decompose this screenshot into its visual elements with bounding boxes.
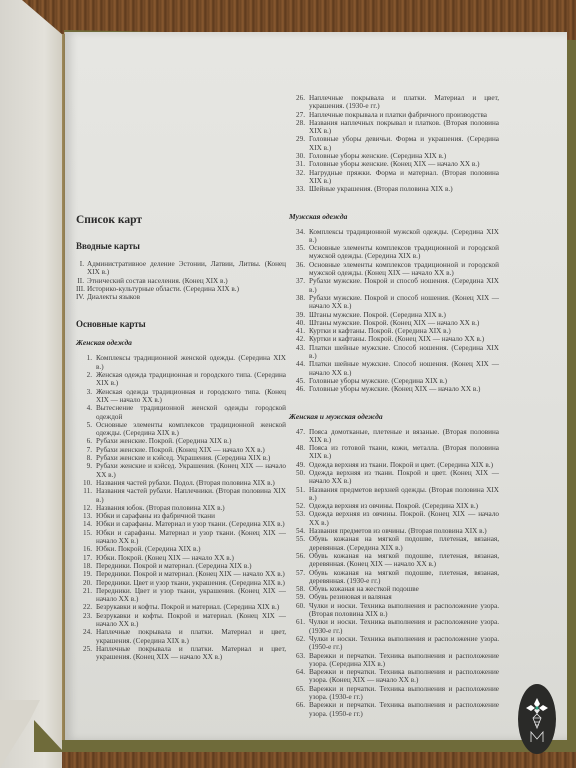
map-list-item: 58.Обувь кожаная на жесткой подошве: [289, 585, 499, 593]
item-title: Чулки и носки. Техника выполнения и расп…: [309, 635, 499, 652]
both-list: 47.Пояса домотканые, плетеные и вязаные.…: [289, 428, 499, 718]
item-number: 3.: [76, 388, 96, 405]
item-title: Головные уборы мужские. (Середина XIX в.…: [309, 377, 499, 385]
map-list-item: 59.Обувь резиновая и валяная: [289, 593, 499, 601]
map-list-item: 34.Комплексы традиционной мужской одежды…: [289, 228, 499, 245]
item-title: Рубахи женские и кэйсед. Украшения. (Сер…: [96, 454, 286, 462]
item-number: 15.: [76, 529, 96, 546]
map-list-item: 42.Куртки и кафтаны. Покрой. (Конец XIX …: [289, 335, 499, 343]
item-number: 52.: [289, 502, 309, 510]
item-number: 8.: [76, 454, 96, 462]
map-list-item: 16.Юбки. Покрой. (Середина XIX в.): [76, 545, 286, 553]
map-list-item: 36.Основные элементы комплексов традицио…: [289, 261, 499, 278]
map-list-item: 50.Одежда верхняя из ткани. Покрой и цве…: [289, 469, 499, 486]
item-number: 11.: [76, 487, 96, 504]
item-title: Юбки. Покрой. (Середина XIX в.): [96, 545, 286, 553]
map-list-item: 11.Названия частей рубахи. Наплечники. (…: [76, 487, 286, 504]
map-list-item: 65.Варежки и перчатки. Техника выполнени…: [289, 685, 499, 702]
item-number: 22.: [76, 603, 96, 611]
map-list-item: 3.Женская одежда традиционная и городско…: [76, 388, 286, 405]
item-title: Обувь резиновая и валяная: [309, 593, 499, 601]
item-title: Женская одежда традиционная и городского…: [96, 371, 286, 388]
item-number: II.: [76, 277, 87, 285]
left-column: Список карт Вводные карты I.Администрати…: [76, 214, 286, 661]
map-list-item: 45.Головные уборы мужские. (Середина XIX…: [289, 377, 499, 385]
item-title: Чулки и носки. Техника выполнения и расп…: [309, 602, 499, 619]
item-number: 31.: [289, 160, 309, 168]
item-title: Одежда верхняя из ткани. Покрой и цвет. …: [309, 461, 499, 469]
item-number: 51.: [289, 486, 309, 503]
map-list-item: 63.Варежки и перчатки. Техника выполнени…: [289, 652, 499, 669]
item-title: Чулки и носки. Техника выполнения и расп…: [309, 618, 499, 635]
item-title: Варежки и перчатки. Техника выполнения и…: [309, 685, 499, 702]
book-gutter: [62, 34, 65, 740]
map-list-item: 52.Одежда верхняя из овчины. Покрой. (Се…: [289, 502, 499, 510]
item-number: 39.: [289, 311, 309, 319]
item-number: 10.: [76, 479, 96, 487]
item-title: Наплечные покрывала и платки. Материал и…: [309, 94, 499, 111]
item-title: Основные элементы комплексов традиционно…: [96, 421, 286, 438]
item-number: 65.: [289, 685, 309, 702]
introductory-heading: Вводные карты: [76, 241, 286, 252]
item-number: 18.: [76, 562, 96, 570]
map-list-item: 64.Варежки и перчатки. Техника выполнени…: [289, 668, 499, 685]
map-list-item: 53.Одежда верхняя из овчины. Покрой. (Ко…: [289, 510, 499, 527]
item-number: 55.: [289, 535, 309, 552]
item-number: 37.: [289, 277, 309, 294]
map-list-item: 61.Чулки и носки. Техника выполнения и р…: [289, 618, 499, 635]
item-title: Пояса из готовой ткани, кожи, металла. (…: [309, 444, 499, 461]
map-list-item: 46.Головные уборы мужские. (Конец XIX — …: [289, 385, 499, 393]
item-title: Безрукавки и кофты. Покрой и материал. (…: [96, 612, 286, 629]
men-heading: Мужская одежда: [289, 212, 499, 221]
item-number: 48.: [289, 444, 309, 461]
item-number: 47.: [289, 428, 309, 445]
item-number: 66.: [289, 701, 309, 718]
item-number: 54.: [289, 527, 309, 535]
item-title: Основные элементы комплексов традиционно…: [309, 244, 499, 261]
item-title: Комплексы традиционной мужской одежды. (…: [309, 228, 499, 245]
item-number: 20.: [76, 579, 96, 587]
map-list-item: 43.Платки шейные мужские. Способ ношения…: [289, 344, 499, 361]
item-title: Обувь кожаная на мягкой подошве, плетена…: [309, 535, 499, 552]
item-title: Нагрудные пряжки. Форма и материал. (Вто…: [309, 169, 499, 186]
watermark-logo: [518, 684, 556, 754]
map-list-item: 22.Безрукавки и кофты. Покрой и материал…: [76, 603, 286, 611]
map-list-item: 33.Шейные украшения. (Вторая половина XI…: [289, 185, 499, 193]
men-list: 34.Комплексы традиционной мужской одежды…: [289, 228, 499, 394]
item-title: Штаны мужские. Покрой. (Середина XIX в.): [309, 311, 499, 319]
item-title: Юбки и сарафаны. Материал и узор ткани. …: [96, 529, 286, 546]
item-number: 57.: [289, 569, 309, 586]
item-title: Варежки и перчатки. Техника выполнения и…: [309, 652, 499, 669]
item-title: Наплечные покрывала и платки. Материал и…: [96, 645, 286, 662]
item-title: Названия предметов из овчины. (Вторая по…: [309, 527, 499, 535]
item-title: Штаны мужские. Покрой. (Конец XIX — нача…: [309, 319, 499, 327]
item-title: Административное деление Эстонии, Латвии…: [87, 260, 286, 277]
item-number: 5.: [76, 421, 96, 438]
item-title: Вытеснение традиционной женской одежды г…: [96, 404, 286, 421]
item-number: 45.: [289, 377, 309, 385]
item-number: 50.: [289, 469, 309, 486]
map-list-item: 9.Рубахи женские и кэйсед. Украшения. (К…: [76, 462, 286, 479]
item-title: Названия частей рубахи. Подол. (Вторая п…: [96, 479, 286, 487]
item-title: Пояса домотканые, плетеные и вязаные. (В…: [309, 428, 499, 445]
women-list: 1.Комплексы традиционной женской одежды.…: [76, 354, 286, 661]
map-list-item: 1.Комплексы традиционной женской одежды.…: [76, 354, 286, 371]
map-list-item: 47.Пояса домотканые, плетеные и вязаные.…: [289, 428, 499, 445]
item-number: 28.: [289, 119, 309, 136]
item-number: I.: [76, 260, 87, 277]
item-title: Историко-культурные области. (Середина X…: [87, 285, 286, 293]
item-title: Платки шейные мужские. Способ ношения. (…: [309, 344, 499, 361]
item-title: Названия юбок. (Вторая половина XIX в.): [96, 504, 286, 512]
item-number: 17.: [76, 554, 96, 562]
map-list-item: III.Историко-культурные области. (Середи…: [76, 285, 286, 293]
page-title: Список карт: [76, 214, 286, 227]
map-list-item: 29.Головные уборы девичьи. Форма и украш…: [289, 135, 499, 152]
map-list-item: 2.Женская одежда традиционная и городско…: [76, 371, 286, 388]
map-list-item: 48.Пояса из готовой ткани, кожи, металла…: [289, 444, 499, 461]
item-title: Передники. Покрой и материал. (Середина …: [96, 562, 286, 570]
item-number: 16.: [76, 545, 96, 553]
item-title: Этнический состав населения. (Конец XIX …: [87, 277, 286, 285]
item-number: 41.: [289, 327, 309, 335]
item-number: 7.: [76, 446, 96, 454]
item-title: Безрукавки и кофты. Покрой и материал. (…: [96, 603, 286, 611]
item-number: 64.: [289, 668, 309, 685]
item-title: Названия предметов верхней одежды. (Втор…: [309, 486, 499, 503]
map-list-item: 54.Названия предметов из овчины. (Вторая…: [289, 527, 499, 535]
item-title: Рубахи женские. Покрой. (Конец XIX — нач…: [96, 446, 286, 454]
item-title: Обувь кожаная на жесткой подошве: [309, 585, 499, 593]
map-list-item: 35.Основные элементы комплексов традицио…: [289, 244, 499, 261]
item-title: Передники. Цвет и узор ткани, украшения.…: [96, 587, 286, 604]
item-title: Названия наплечных покрывал и платков. (…: [309, 119, 499, 136]
main-maps-heading: Основные карты: [76, 319, 286, 330]
map-list-item: IV.Диалекты языков: [76, 293, 286, 301]
item-title: Головные уборы женские. (Середина XIX в.…: [309, 152, 499, 160]
item-title: Наплечные покрывала и платки. Материал и…: [96, 628, 286, 645]
item-title: Передники. Цвет и узор ткани, украшения.…: [96, 579, 286, 587]
item-title: Женская одежда традиционная и городского…: [96, 388, 286, 405]
map-list-item: 18.Передники. Покрой и материал. (Середи…: [76, 562, 286, 570]
item-title: Юбки. Покрой. (Конец XIX — начало XX в.): [96, 554, 286, 562]
map-list-item: 55.Обувь кожаная на мягкой подошве, плет…: [289, 535, 499, 552]
item-number: 35.: [289, 244, 309, 261]
item-title: Головные уборы девичьи. Форма и украшени…: [309, 135, 499, 152]
map-list-item: 44.Платки шейные мужские. Способ ношения…: [289, 360, 499, 377]
map-list-item: 23.Безрукавки и кофты. Покрой и материал…: [76, 612, 286, 629]
right-column: 26.Наплечные покрывала и платки. Материа…: [289, 94, 499, 718]
item-number: 2.: [76, 371, 96, 388]
map-list-item: 7.Рубахи женские. Покрой. (Конец XIX — н…: [76, 446, 286, 454]
item-title: Рубахи мужские. Покрой и способ ношения.…: [309, 277, 499, 294]
map-list-item: 66.Варежки и перчатки. Техника выполнени…: [289, 701, 499, 718]
item-number: 19.: [76, 570, 96, 578]
map-list-item: 31.Головные уборы женские. (Конец XIX — …: [289, 160, 499, 168]
item-number: 26.: [289, 94, 309, 111]
item-title: Обувь кожаная на мягкой подошве, плетена…: [309, 569, 499, 586]
item-number: 9.: [76, 462, 96, 479]
map-list-item: 5.Основные элементы комплексов традицион…: [76, 421, 286, 438]
map-list-item: 51.Названия предметов верхней одежды. (В…: [289, 486, 499, 503]
map-list-item: 41.Куртки и кафтаны. Покрой. (Середина X…: [289, 327, 499, 335]
map-list-item: 30.Головные уборы женские. (Середина XIX…: [289, 152, 499, 160]
item-title: Основные элементы комплексов традиционно…: [309, 261, 499, 278]
item-title: Головные уборы мужские. (Конец XIX — нач…: [309, 385, 499, 393]
item-title: Обувь кожаная на мягкой подошве, плетена…: [309, 552, 499, 569]
map-list-item: 24.Наплечные покрывала и платки. Материа…: [76, 628, 286, 645]
item-number: 27.: [289, 111, 309, 119]
item-title: Передники. Покрой и материал. (Конец XIX…: [96, 570, 286, 578]
item-number: 63.: [289, 652, 309, 669]
map-list-item: 62.Чулки и носки. Техника выполнения и р…: [289, 635, 499, 652]
item-title: Варежки и перчатки. Техника выполнения и…: [309, 701, 499, 718]
map-list-item: 12.Названия юбок. (Вторая половина XIX в…: [76, 504, 286, 512]
map-list-item: 25.Наплечные покрывала и платки. Материа…: [76, 645, 286, 662]
map-list-item: 26.Наплечные покрывала и платки. Материа…: [289, 94, 499, 111]
map-list-item: 17.Юбки. Покрой. (Конец XIX — начало XX …: [76, 554, 286, 562]
item-number: III.: [76, 285, 87, 293]
item-title: Куртки и кафтаны. Покрой. (Конец XIX — н…: [309, 335, 499, 343]
map-list-item: 40.Штаны мужские. Покрой. (Конец XIX — н…: [289, 319, 499, 327]
item-title: Куртки и кафтаны. Покрой. (Середина XIX …: [309, 327, 499, 335]
item-title: Одежда верхняя из овчины. Покрой. (Конец…: [309, 510, 499, 527]
map-list-item: 20.Передники. Цвет и узор ткани, украшен…: [76, 579, 286, 587]
map-list-item: 14.Юбки и сарафаны. Материал и узор ткан…: [76, 520, 286, 528]
map-list-item: 8.Рубахи женские и кэйсед. Украшения. (С…: [76, 454, 286, 462]
item-title: Рубахи мужские. Покрой и способ ношения.…: [309, 294, 499, 311]
item-number: 32.: [289, 169, 309, 186]
item-title: Рубахи женские и кэйсед. Украшения. (Кон…: [96, 462, 286, 479]
map-list-item: II.Этнический состав населения. (Конец X…: [76, 277, 286, 285]
item-number: 49.: [289, 461, 309, 469]
item-number: 29.: [289, 135, 309, 152]
item-number: 21.: [76, 587, 96, 604]
item-number: 24.: [76, 628, 96, 645]
map-list-item: 13.Юбки и сарафаны из фабричной ткани: [76, 512, 286, 520]
item-number: 60.: [289, 602, 309, 619]
map-list-item: 19.Передники. Покрой и материал. (Конец …: [76, 570, 286, 578]
map-list-item: 49.Одежда верхняя из ткани. Покрой и цве…: [289, 461, 499, 469]
item-number: 40.: [289, 319, 309, 327]
item-number: 6.: [76, 437, 96, 445]
item-title: Одежда верхняя из ткани. Покрой и цвет. …: [309, 469, 499, 486]
item-number: 43.: [289, 344, 309, 361]
map-list-item: 10.Названия частей рубахи. Подол. (Втора…: [76, 479, 286, 487]
item-number: IV.: [76, 293, 87, 301]
map-list-item: 6.Рубахи женские. Покрой. (Середина XIX …: [76, 437, 286, 445]
item-title: Рубахи женские. Покрой. (Середина XIX в.…: [96, 437, 286, 445]
item-title: Комплексы традиционной женской одежды. (…: [96, 354, 286, 371]
map-list-item: 15.Юбки и сарафаны. Материал и узор ткан…: [76, 529, 286, 546]
item-title: Платки шейные мужские. Способ ношения. (…: [309, 360, 499, 377]
map-list-item: 60.Чулки и носки. Техника выполнения и р…: [289, 602, 499, 619]
item-number: 13.: [76, 512, 96, 520]
introductory-list: I.Административное деление Эстонии, Латв…: [76, 260, 286, 301]
item-number: 36.: [289, 261, 309, 278]
item-number: 62.: [289, 635, 309, 652]
item-number: 61.: [289, 618, 309, 635]
item-number: 14.: [76, 520, 96, 528]
map-list-item: 38.Рубахи мужские. Покрой и способ ношен…: [289, 294, 499, 311]
map-list-item: 27.Наплечные покрывала и платки фабрично…: [289, 111, 499, 119]
item-title: Варежки и перчатки. Техника выполнения и…: [309, 668, 499, 685]
item-title: Головные уборы женские. (Конец XIX — нач…: [309, 160, 499, 168]
left-page: [0, 0, 64, 768]
map-list-item: 37.Рубахи мужские. Покрой и способ ношен…: [289, 277, 499, 294]
item-number: 4.: [76, 404, 96, 421]
map-list-item: I.Административное деление Эстонии, Латв…: [76, 260, 286, 277]
item-title: Одежда верхняя из овчины. Покрой. (Серед…: [309, 502, 499, 510]
item-title: Названия частей рубахи. Наплечники. (Вто…: [96, 487, 286, 504]
item-number: 44.: [289, 360, 309, 377]
item-number: 58.: [289, 585, 309, 593]
map-list-item: 21.Передники. Цвет и узор ткани, украшен…: [76, 587, 286, 604]
item-number: 30.: [289, 152, 309, 160]
map-list-item: 56.Обувь кожаная на мягкой подошве, плет…: [289, 552, 499, 569]
map-list-item: 4.Вытеснение традиционной женской одежды…: [76, 404, 286, 421]
item-number: 25.: [76, 645, 96, 662]
item-number: 34.: [289, 228, 309, 245]
map-list-item: 39.Штаны мужские. Покрой. (Середина XIX …: [289, 311, 499, 319]
item-number: 1.: [76, 354, 96, 371]
item-title: Шейные украшения. (Вторая половина XIX в…: [309, 185, 499, 193]
map-list-item: 32.Нагрудные пряжки. Форма и материал. (…: [289, 169, 499, 186]
map-list-item: 57.Обувь кожаная на мягкой подошве, плет…: [289, 569, 499, 586]
women-list-continued: 26.Наплечные покрывала и платки. Материа…: [289, 94, 499, 194]
item-number: 33.: [289, 185, 309, 193]
item-number: 38.: [289, 294, 309, 311]
item-number: 53.: [289, 510, 309, 527]
women-heading: Женская одежда: [76, 338, 286, 347]
both-heading: Женская и мужская одежда: [289, 412, 499, 421]
flower-monogram-icon: [518, 684, 556, 754]
item-number: 23.: [76, 612, 96, 629]
item-number: 46.: [289, 385, 309, 393]
item-number: 42.: [289, 335, 309, 343]
item-title: Наплечные покрывала и платки фабричного …: [309, 111, 499, 119]
item-title: Юбки и сарафаны. Материал и узор ткани. …: [96, 520, 286, 528]
item-number: 59.: [289, 593, 309, 601]
item-number: 12.: [76, 504, 96, 512]
item-title: Юбки и сарафаны из фабричной ткани: [96, 512, 286, 520]
item-title: Диалекты языков: [87, 293, 286, 301]
item-number: 56.: [289, 552, 309, 569]
map-list-item: 28.Названия наплечных покрывал и платков…: [289, 119, 499, 136]
